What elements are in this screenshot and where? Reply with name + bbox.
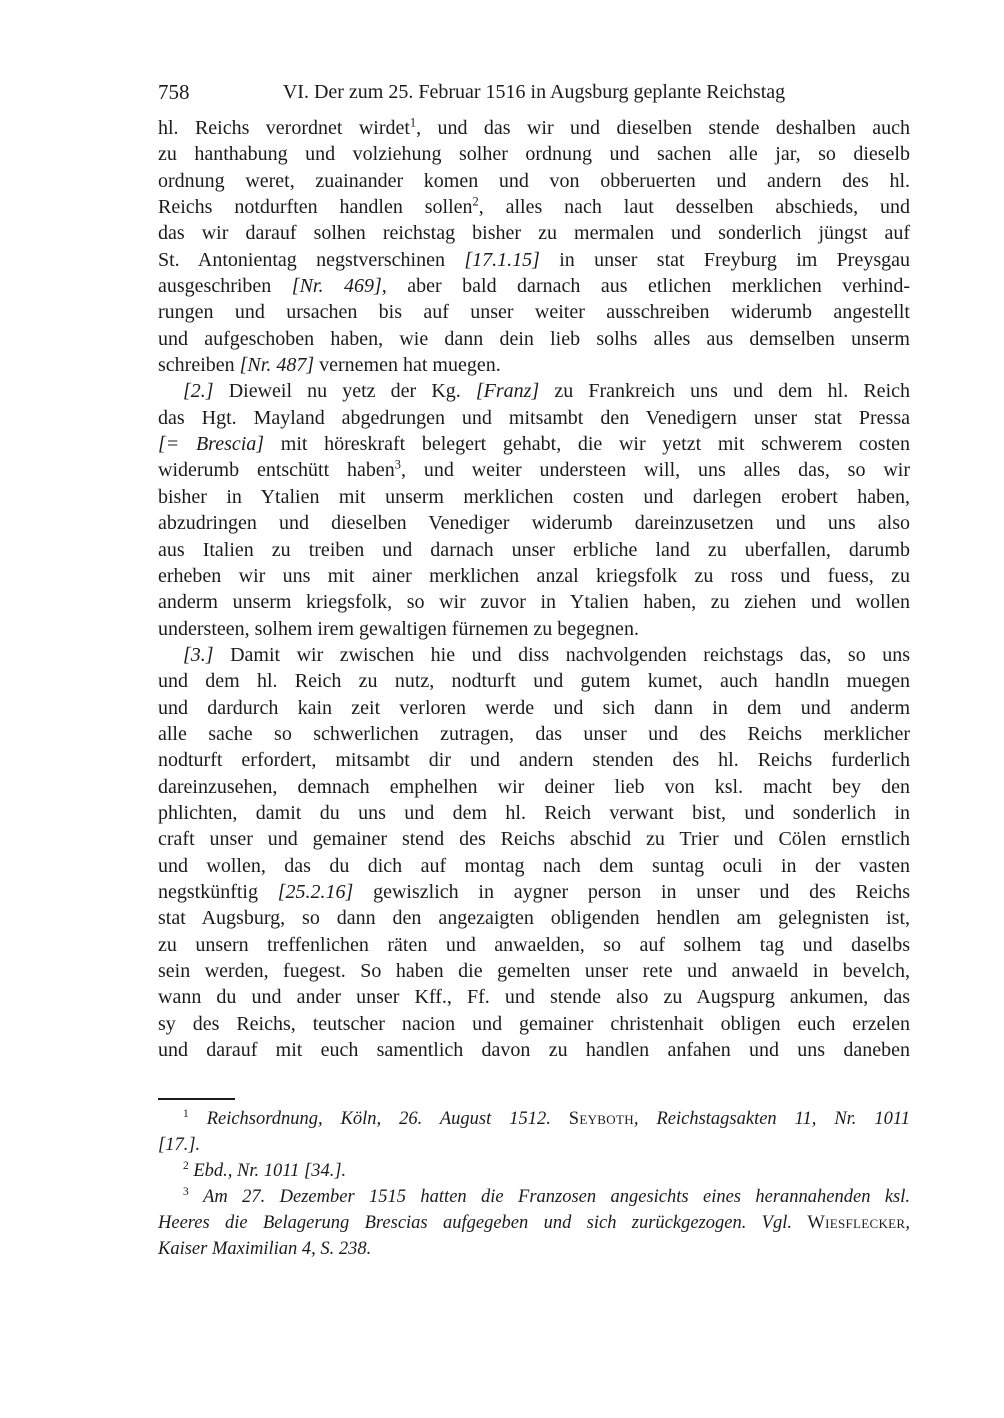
text-run: Reichsordnung, Köln, 26. August 1512. — [207, 1109, 569, 1129]
book-page: 758 VI. Der zum 25. Februar 1516 in Augs… — [0, 0, 1004, 1418]
text-run: und darauf mit euch samentlich davon zu … — [158, 1039, 910, 1061]
text-run: craft unser und gemainer stend des Reich… — [158, 828, 910, 850]
footnote-separator-rule — [158, 1098, 235, 1100]
body-line: dareinzusehen, demnach emphelhen wir dei… — [158, 774, 910, 800]
footnote-line: Kaiser Maximilian 4, S. 238. — [158, 1236, 910, 1262]
text-run: zu unsern treffenlichen räten und anwael… — [158, 934, 910, 956]
text-run: Reichs notdurften handlen sollen — [158, 196, 473, 218]
body-line: und aufgeschoben haben, wie dann dein li… — [158, 326, 910, 352]
text-run: schreiben — [158, 354, 240, 376]
text-run: , aber bald darnach aus etlichen merklic… — [382, 275, 910, 297]
text-run: [3.] — [183, 644, 214, 666]
text-run: St. Antonientag negstverschinen — [158, 249, 464, 271]
text-run: mit höreskraft belegert gehabt, die wir … — [264, 433, 910, 455]
text-run: das Hgt. Mayland abgedrungen und mitsamb… — [158, 407, 910, 429]
text-run: und dem hl. Reich zu nutz, nodturft und … — [158, 670, 910, 692]
body-line: und wollen, das du dich auf montag nach … — [158, 853, 910, 879]
text-run: nodturft erfordert, mitsambt dir und and… — [158, 749, 910, 771]
footnote-marker: 3 — [183, 1186, 189, 1198]
footnotes: 1 Reichsordnung, Köln, 26. August 1512. … — [158, 1106, 910, 1262]
text-run: anderm unserm kriegsfolk, so wir zuvor i… — [158, 591, 910, 613]
text-run: phlichten, damit du uns und dem hl. Reic… — [158, 802, 910, 824]
text-run: , Reichstagsakten 11, Nr. 1011 — [634, 1109, 910, 1129]
text-run: aus Italien zu treiben und darnach unser… — [158, 539, 910, 561]
footnote-line: Heeres die Belagerung Brescias aufgegebe… — [158, 1210, 910, 1236]
text-run: [17.1.15] — [464, 249, 540, 271]
text-run: [Nr. 469] — [292, 275, 382, 297]
text-run: widerumb entschütt haben — [158, 459, 395, 481]
text-run: negstkünftig — [158, 881, 278, 903]
text-run: zu hanthabung und volziehung solher ordn… — [158, 143, 910, 165]
body-line: aus Italien zu treiben und darnach unser… — [158, 537, 910, 563]
body-line: sy des Reichs, teutscher nacion und gema… — [158, 1011, 910, 1037]
text-run: alle sache so schwerlichen zutragen, das… — [158, 723, 910, 745]
body-line: [3.] Damit wir zwischen hie und diss nac… — [158, 642, 910, 668]
text-run: [25.2.16] — [278, 881, 354, 903]
text-run: [17.]. — [158, 1135, 200, 1155]
body-line: und dem hl. Reich zu nutz, nodturft und … — [158, 668, 910, 694]
text-run: erheben wir uns mit ainer merklichen anz… — [158, 565, 910, 587]
body-line: wann du und ander unser Kff., Ff. und st… — [158, 984, 910, 1010]
text-run: abzudringen und dieselben Venediger wide… — [158, 512, 910, 534]
text-run: [2.] — [183, 380, 214, 402]
text-run: ordnung weret, zuainander komen und von … — [158, 170, 910, 192]
body-line: understeen, solhem irem gewaltigen fürne… — [158, 616, 910, 642]
body-line: [2.] Dieweil nu yetz der Kg. [Franz] zu … — [158, 378, 910, 404]
text-run: wann du und ander unser Kff., Ff. und st… — [158, 986, 910, 1008]
body-line: das wir darauf solhen reichstag bisher z… — [158, 220, 910, 246]
body-line: [= Brescia] mit höreskraft belegert geha… — [158, 431, 910, 457]
text-run: , und das wir und dieselben stende desha… — [416, 117, 910, 139]
text-run: hl. Reichs verordnet wirdet — [158, 117, 410, 139]
text-run: Kaiser Maximilian 4, S. 238. — [158, 1239, 371, 1259]
body-line: zu unsern treffenlichen räten und anwael… — [158, 932, 910, 958]
text-run: das wir darauf solhen reichstag bisher z… — [158, 222, 910, 244]
text-run: Ebd., Nr. 1011 [34.]. — [193, 1161, 346, 1181]
body-line: phlichten, damit du uns und dem hl. Reic… — [158, 800, 910, 826]
text-run: , und weiter understeen will, uns alles … — [401, 459, 910, 481]
body-line: und darauf mit euch samentlich davon zu … — [158, 1037, 910, 1063]
footnote-marker: 2 — [183, 1160, 189, 1172]
text-run: rungen und ursachen bis auf unser weiter… — [158, 301, 910, 323]
body-line: widerumb entschütt haben3, und weiter un… — [158, 457, 910, 483]
text-run: Am 27. Dezember 1515 hatten die Franzose… — [203, 1187, 910, 1207]
text-run: gewiszlich in aygner person in unser und… — [353, 881, 910, 903]
footnote-line: 1 Reichsordnung, Köln, 26. August 1512. … — [158, 1106, 910, 1132]
body-line: bisher in Ytalien mit unserm merklichen … — [158, 484, 910, 510]
text-run: [Franz] — [476, 380, 539, 402]
text-run — [189, 1109, 207, 1129]
body-line: Reichs notdurften handlen sollen2, alles… — [158, 194, 910, 220]
text-run: [= Brescia] — [158, 433, 264, 455]
footnote-marker: 1 — [183, 1108, 189, 1120]
page-number: 758 — [158, 80, 190, 104]
body-line: alle sache so schwerlichen zutragen, das… — [158, 721, 910, 747]
body-line: ordnung weret, zuainander komen und von … — [158, 168, 910, 194]
body-line: craft unser und gemainer stend des Reich… — [158, 826, 910, 852]
text-run: sein werden, fuegest. So haben die gemel… — [158, 960, 910, 982]
text-run: in unser stat Freyburg im Preysgau — [540, 249, 910, 271]
text-run: Seyboth — [569, 1109, 634, 1129]
body-line: rungen und ursachen bis auf unser weiter… — [158, 299, 910, 325]
text-run: und wollen, das du dich auf montag nach … — [158, 855, 910, 877]
text-run: Wiesflecker — [807, 1213, 905, 1233]
text-run: Dieweil nu yetz der Kg. — [214, 380, 476, 402]
text-run: , — [905, 1213, 910, 1233]
body-line: das Hgt. Mayland abgedrungen und mitsamb… — [158, 405, 910, 431]
footnote-line: 3 Am 27. Dezember 1515 hatten die Franzo… — [158, 1184, 910, 1210]
body-line: stat Augsburg, so dann den angezaigten o… — [158, 905, 910, 931]
text-run — [189, 1187, 203, 1207]
running-title: VI. Der zum 25. Februar 1516 in Augsburg… — [283, 80, 785, 104]
footnote-line: [17.]. — [158, 1132, 910, 1158]
text-run: vernemen hat muegen. — [314, 354, 501, 376]
text-run: bisher in Ytalien mit unserm merklichen … — [158, 486, 910, 508]
text-run: , alles nach laut desselben abschieds, u… — [479, 196, 910, 218]
page-header: 758 VI. Der zum 25. Februar 1516 in Augs… — [158, 80, 910, 104]
text-run: [Nr. 487] — [240, 354, 314, 376]
body-line: abzudringen und dieselben Venediger wide… — [158, 510, 910, 536]
body-line: anderm unserm kriegsfolk, so wir zuvor i… — [158, 589, 910, 615]
text-run: sy des Reichs, teutscher nacion und gema… — [158, 1013, 910, 1035]
body-line: sein werden, fuegest. So haben die gemel… — [158, 958, 910, 984]
text-run: understeen, solhem irem gewaltigen fürne… — [158, 618, 639, 640]
body-line: zu hanthabung und volziehung solher ordn… — [158, 141, 910, 167]
text-run: Damit wir zwischen hie und diss nachvolg… — [214, 644, 910, 666]
body-text: hl. Reichs verordnet wirdet1, und das wi… — [158, 115, 910, 1063]
body-line: negstkünftig [25.2.16] gewiszlich in ayg… — [158, 879, 910, 905]
body-line: schreiben [Nr. 487] vernemen hat muegen. — [158, 352, 910, 378]
text-run: zu Frankreich uns und dem hl. Reich — [539, 380, 910, 402]
text-run: stat Augsburg, so dann den angezaigten o… — [158, 907, 910, 929]
text-run: und aufgeschoben haben, wie dann dein li… — [158, 328, 910, 350]
footnote-line: 2 Ebd., Nr. 1011 [34.]. — [158, 1158, 910, 1184]
text-run: Heeres die Belagerung Brescias aufgegebe… — [158, 1213, 807, 1233]
body-line: und dardurch kain zeit verloren werde un… — [158, 695, 910, 721]
body-line: erheben wir uns mit ainer merklichen anz… — [158, 563, 910, 589]
text-run: dareinzusehen, demnach emphelhen wir dei… — [158, 776, 910, 798]
text-run: ausgeschriben — [158, 275, 292, 297]
text-run: und dardurch kain zeit verloren werde un… — [158, 697, 910, 719]
body-line: hl. Reichs verordnet wirdet1, und das wi… — [158, 115, 910, 141]
body-line: ausgeschriben [Nr. 469], aber bald darna… — [158, 273, 910, 299]
body-line: nodturft erfordert, mitsambt dir und and… — [158, 747, 910, 773]
body-line: St. Antonientag negstverschinen [17.1.15… — [158, 247, 910, 273]
